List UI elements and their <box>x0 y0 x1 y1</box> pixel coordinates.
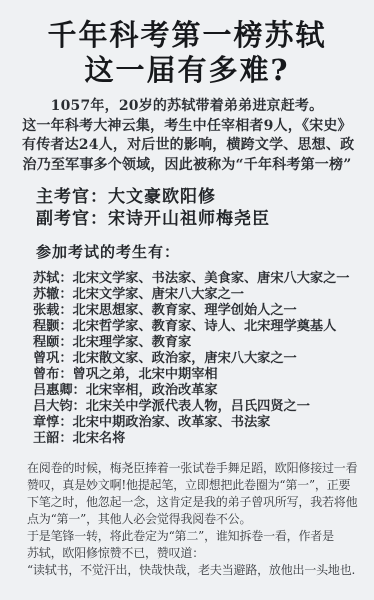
intro-line: 这一年科考大神云集，考生中任宰相者9人，《宋史》 <box>22 117 352 137</box>
story-line: 在阅卷的时候，梅尧臣捧着一张试卷手舞足蹈，欧阳修接过一看 <box>27 460 356 477</box>
candidate-item: 王韶：北宋名将 <box>33 431 374 447</box>
story-line: 下笔之时，他忽起一念，这肯定是我的弟子曾巩所写，我若将他 <box>27 494 356 511</box>
candidate-item: 曾巩：北宋散文家、政治家，唐宋八大家之一 <box>33 351 374 367</box>
candidates-list: 苏轼：北宋文学家、书法家、美食家、唐宋八大家之一苏辙：北宋文学家、唐宋八大家之一… <box>0 271 374 447</box>
intro-line: 有传者达24人，对后世的影响，横跨文学、思想、政 <box>22 136 352 156</box>
candidate-item: 吕大钧：北宋关中学派代表人物，吕氏四贤之一 <box>33 399 374 415</box>
candidate-item: 章惇：北宋中期政治家、改革家、书法家 <box>33 415 374 431</box>
intro-paragraph: 1057年，20岁的苏轼带着弟弟进京赶考。这一年科考大神云集，考生中任宰相者9人… <box>0 97 374 175</box>
intro-line: 治乃至军事多个领域，因此被称为“千年科考第一榜” <box>22 156 352 176</box>
candidate-item: 曾布：曾巩之弟，北宋中期宰相 <box>33 367 374 383</box>
examiner-line: 主考官：大文豪欧阳修 <box>36 186 374 208</box>
intro-line: 1057年，20岁的苏轼带着弟弟进京赶考。 <box>22 97 352 117</box>
story-line: 于是笔锋一转，将此卷定为“第二”，谁知拆卷一看，作者是 <box>27 528 356 545</box>
examiner-line: 副考官：宋诗开山祖师梅尧臣 <box>36 208 374 230</box>
candidate-item: 程颢：北宋哲学家、教育家、诗人、北宋理学奠基人 <box>33 319 374 335</box>
candidate-item: 张载：北宋思想家、教育家、理学创始人之一 <box>33 303 374 319</box>
story-line: 点为“第一”，其他人必会觉得我阅卷不公。 <box>27 511 356 528</box>
candidate-item: 程颐：北宋理学家、教育家 <box>33 335 374 351</box>
title-line-1: 千年科考第一榜苏轼 <box>0 18 374 53</box>
article-page: 千年科考第一榜苏轼 这一届有多难? 1057年，20岁的苏轼带着弟弟进京赶考。这… <box>0 0 374 579</box>
candidates-heading: 参加考试的考生有： <box>0 242 374 262</box>
candidate-item: 吕惠卿：北宋宰相，政治改革家 <box>33 383 374 399</box>
title-line-2: 这一届有多难? <box>0 53 374 88</box>
examiners-section: 主考官：大文豪欧阳修副考官：宋诗开山祖师梅尧臣 <box>0 186 374 230</box>
story-line: 赞叹，真是妙文啊!他提起笔，立即想把此卷圈为“第一”，正要 <box>27 477 356 494</box>
story-paragraph: 在阅卷的时候，梅尧臣捧着一张试卷手舞足蹈，欧阳修接过一看赞叹，真是妙文啊!他提起… <box>0 460 374 579</box>
candidate-item: 苏辙：北宋文学家、唐宋八大家之一 <box>33 287 374 303</box>
story-line: “读轼书，不觉汗出，快哉快哉，老夫当避路，放他出一头地也. <box>27 562 356 579</box>
page-title: 千年科考第一榜苏轼 这一届有多难? <box>0 18 374 88</box>
candidate-item: 苏轼：北宋文学家、书法家、美食家、唐宋八大家之一 <box>33 271 374 287</box>
story-line: 苏轼，欧阳修惊赞不已，赞叹道： <box>27 545 356 562</box>
